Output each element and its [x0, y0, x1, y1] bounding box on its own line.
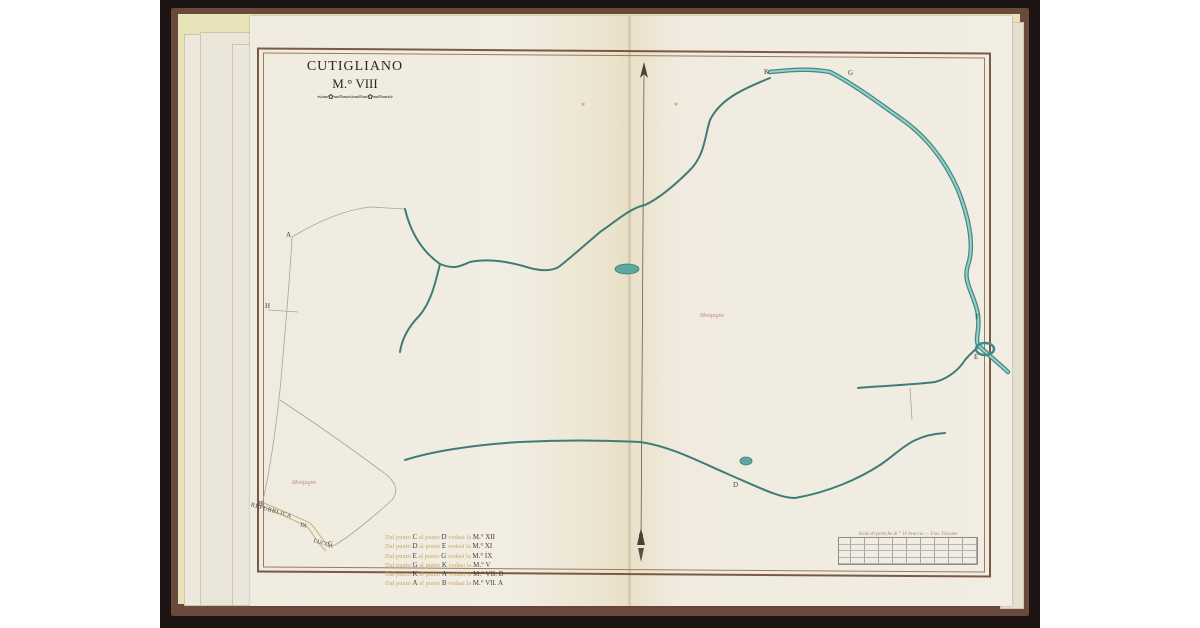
- legend-row: Dal punto D al punto E vedasi la M.° XI: [385, 542, 503, 551]
- point-label-a: A: [286, 231, 291, 239]
- map-title: CUTIGLIANO: [300, 59, 410, 75]
- map-legend: Dal punto C al punto D vedasi la M.° XII…: [385, 533, 503, 589]
- point-label-k: K: [764, 68, 769, 76]
- point-label-d: D: [733, 481, 738, 489]
- point-label-e: E: [974, 353, 978, 361]
- point-label-f: F: [975, 313, 979, 321]
- legend-row: Dal punto G al punto K vedasi la M.° V: [385, 561, 503, 570]
- legend-row: Dal punto C al punto D vedasi la M.° XII: [385, 533, 503, 542]
- scale-caption: Scala di pertiche di ° 10 braccia — Fior…: [838, 532, 978, 537]
- legend-row: Dal punto E al punto G vedasi la M.° IX: [385, 552, 503, 561]
- main-river: [770, 70, 1008, 372]
- svg-text:✱: ✱: [674, 102, 678, 108]
- svg-text:✱: ✱: [581, 102, 585, 108]
- meridian-line: [637, 62, 648, 562]
- pond: [615, 264, 639, 274]
- legend-row: Dal punto K al punto A vedasi la M.° VII…: [385, 570, 503, 579]
- pond: [740, 457, 752, 465]
- field-label-right: Monţagne: [700, 313, 724, 319]
- legend-row: Dal punto A al punto B vedasi la M.° VII…: [385, 579, 503, 588]
- river-tributaries: [400, 78, 980, 498]
- map-drawing: ✱ ✱: [0, 0, 1200, 628]
- title-ornament: ∾═✿═≡═∾═≡═✿═≡═∾: [300, 93, 410, 101]
- scale-bar: Scala di pertiche di ° 10 braccia — Fior…: [838, 532, 978, 565]
- point-label-g: G: [848, 69, 853, 77]
- field-label-left: Monţagne: [292, 480, 316, 486]
- map-title-block: CUTIGLIANO M.° VIII ∾═✿═≡═∾═≡═✿═≡═∾: [300, 59, 410, 101]
- boundary-lines: [262, 207, 912, 546]
- point-label-h: H: [265, 302, 270, 310]
- scale-grid: [838, 537, 978, 565]
- map-sheet-number: M.° VIII: [300, 76, 410, 92]
